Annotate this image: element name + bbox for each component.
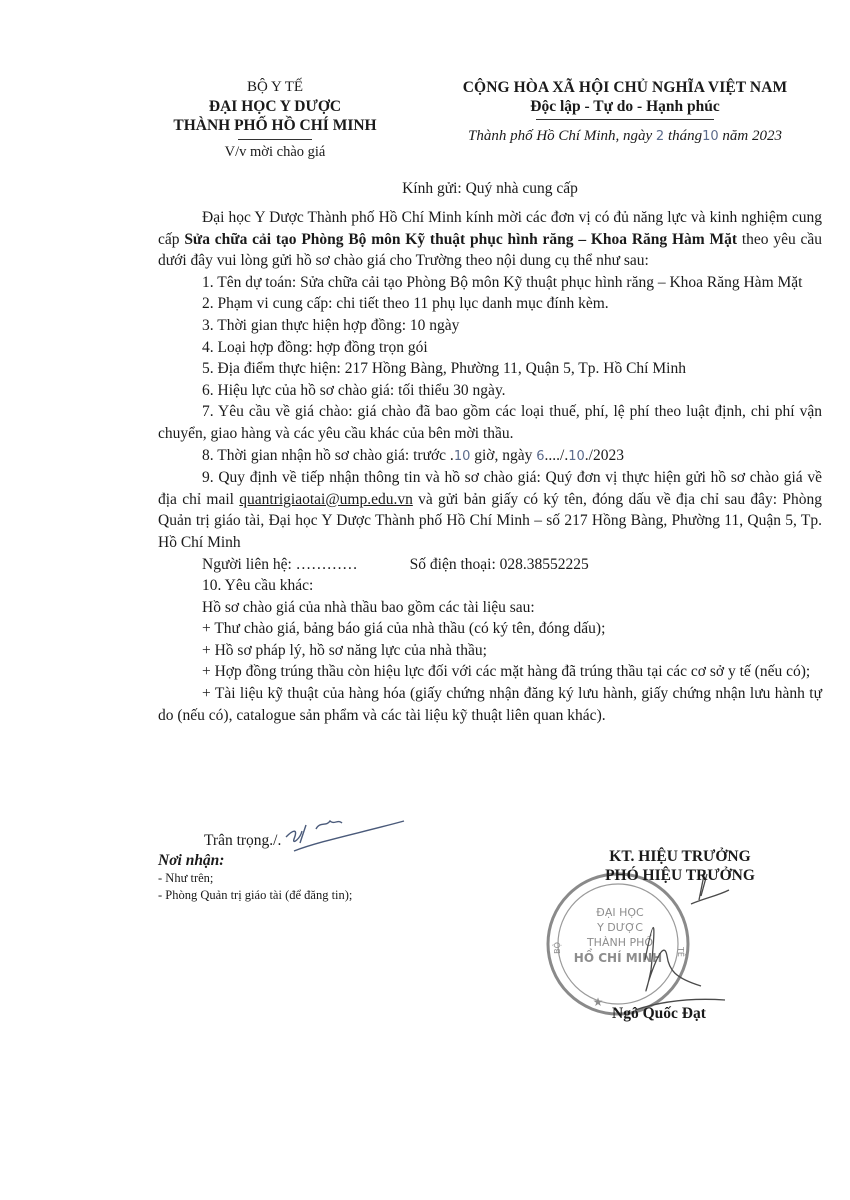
deadline-year: ./2023 <box>585 447 624 464</box>
signatory-title: KT. HIỆU TRƯỞNG <box>555 847 805 866</box>
contact-line: Người liên hệ: …………Số điện thoại: 028.38… <box>158 554 822 576</box>
national-motto: Độc lập - Tự do - Hạnh phúc <box>420 97 830 116</box>
university-name-line1: ĐẠI HỌC Y DƯỢC <box>150 97 400 116</box>
recipient-item: - Như trên; <box>158 870 458 887</box>
list-item: 1. Tên dự toán: Sửa chữa cải tạo Phòng B… <box>158 272 822 294</box>
intro-paragraph: Đại học Y Dược Thành phố Hồ Chí Minh kín… <box>158 207 822 272</box>
requirements-lead: Hồ sơ chào giá của nhà thầu bao gồm các … <box>158 597 822 619</box>
required-doc: + Hồ sơ pháp lý, hồ sơ năng lực của nhà … <box>158 640 822 662</box>
required-doc: + Hợp đồng trúng thầu còn hiệu lực đối v… <box>158 661 822 683</box>
handwritten-month: 10 <box>568 449 585 464</box>
month-label: tháng <box>668 128 702 144</box>
ministry-name: BỘ Y TẾ <box>150 78 400 97</box>
handwritten-day: 6 <box>536 449 544 464</box>
recipients-block: Nơi nhận: - Như trên; - Phòng Quản trị g… <box>158 851 458 904</box>
initials-signature-icon <box>280 815 420 855</box>
divider <box>238 139 312 140</box>
national-header: CỘNG HÒA XÃ HỘI CHỦ NGHĨA VIỆT NAM Độc l… <box>420 78 830 146</box>
recipients-title: Nơi nhận: <box>158 851 458 870</box>
signatory-block: KT. HIỆU TRƯỞNG PHÓ HIỆU TRƯỞNG <box>555 847 805 885</box>
date-prefix: Thành phố Hồ Chí Minh, ngày <box>468 128 652 144</box>
country-name: CỘNG HÒA XÃ HỘI CHỦ NGHĨA VIỆT NAM <box>420 78 830 97</box>
issuer-block: BỘ Y TẾ ĐẠI HỌC Y DƯỢC THÀNH PHỐ HỒ CHÍ … <box>150 78 400 161</box>
year-label: năm 2023 <box>722 128 782 144</box>
list-item-deadline: 8. Thời gian nhận hồ sơ chào giá: trước … <box>158 445 822 468</box>
list-item: 10. Yêu cầu khác: <box>158 575 822 597</box>
signatory-position: PHÓ HIỆU TRƯỞNG <box>555 866 805 885</box>
email-link[interactable]: quantrigiaotai@ump.edu.vn <box>239 491 413 508</box>
handwritten-month: 10 <box>702 129 719 144</box>
required-doc: + Thư chào giá, bảng báo giá của nhà thầ… <box>158 618 822 640</box>
list-item: 2. Phạm vi cung cấp: chi tiết theo 11 ph… <box>158 293 822 315</box>
letter-body: Đại học Y Dược Thành phố Hồ Chí Minh kín… <box>158 207 822 726</box>
contact-person: Người liên hệ: ………… <box>202 556 358 573</box>
recipient-item: - Phòng Quản trị giáo tài (để đăng tin); <box>158 887 458 904</box>
list-item: 5. Địa điểm thực hiện: 217 Hồng Bàng, Ph… <box>158 358 822 380</box>
document-date: Thành phố Hồ Chí Minh, ngày 2 tháng10 nă… <box>420 127 830 146</box>
seal-text: BỘ <box>551 942 562 954</box>
closing: Trân trọng./. <box>204 831 281 851</box>
deadline-mid: giờ, ngày <box>470 447 536 464</box>
list-item: 4. Loại hợp đồng: hợp đồng trọn gói <box>158 337 822 359</box>
deadline-prefix: 8. Thời gian nhận hồ sơ chào giá: trước … <box>202 447 454 464</box>
list-item: 7. Yêu cầu về giá chào: giá chào đã bao … <box>158 401 822 444</box>
contact-phone: Số điện thoại: 028.38552225 <box>410 556 589 573</box>
divider <box>536 119 714 120</box>
signatory-name: Ngô Quốc Đạt <box>612 1005 706 1023</box>
list-item-submission: 9. Quy định về tiếp nhận thông tin và hồ… <box>158 467 822 553</box>
handwritten-hour: 10 <box>454 449 471 464</box>
list-item: 3. Thời gian thực hiện hợp đồng: 10 ngày <box>158 315 822 337</box>
document-subject: V/v mời chào giá <box>150 143 400 161</box>
salutation: Kính gửi: Quý nhà cung cấp <box>150 179 830 199</box>
list-item: 6. Hiệu lực của hồ sơ chào giá: tối thiể… <box>158 380 822 402</box>
svg-text:★: ★ <box>593 995 604 1009</box>
handwritten-day: 2 <box>656 129 664 144</box>
project-name: Sửa chữa cải tạo Phòng Bộ môn Kỹ thuật p… <box>184 231 737 248</box>
required-doc: + Tài liệu kỹ thuật của hàng hóa (giấy c… <box>158 683 822 726</box>
university-name-line2: THÀNH PHỐ HỒ CHÍ MINH <box>150 116 400 135</box>
deadline-sep: ..../. <box>545 447 569 464</box>
